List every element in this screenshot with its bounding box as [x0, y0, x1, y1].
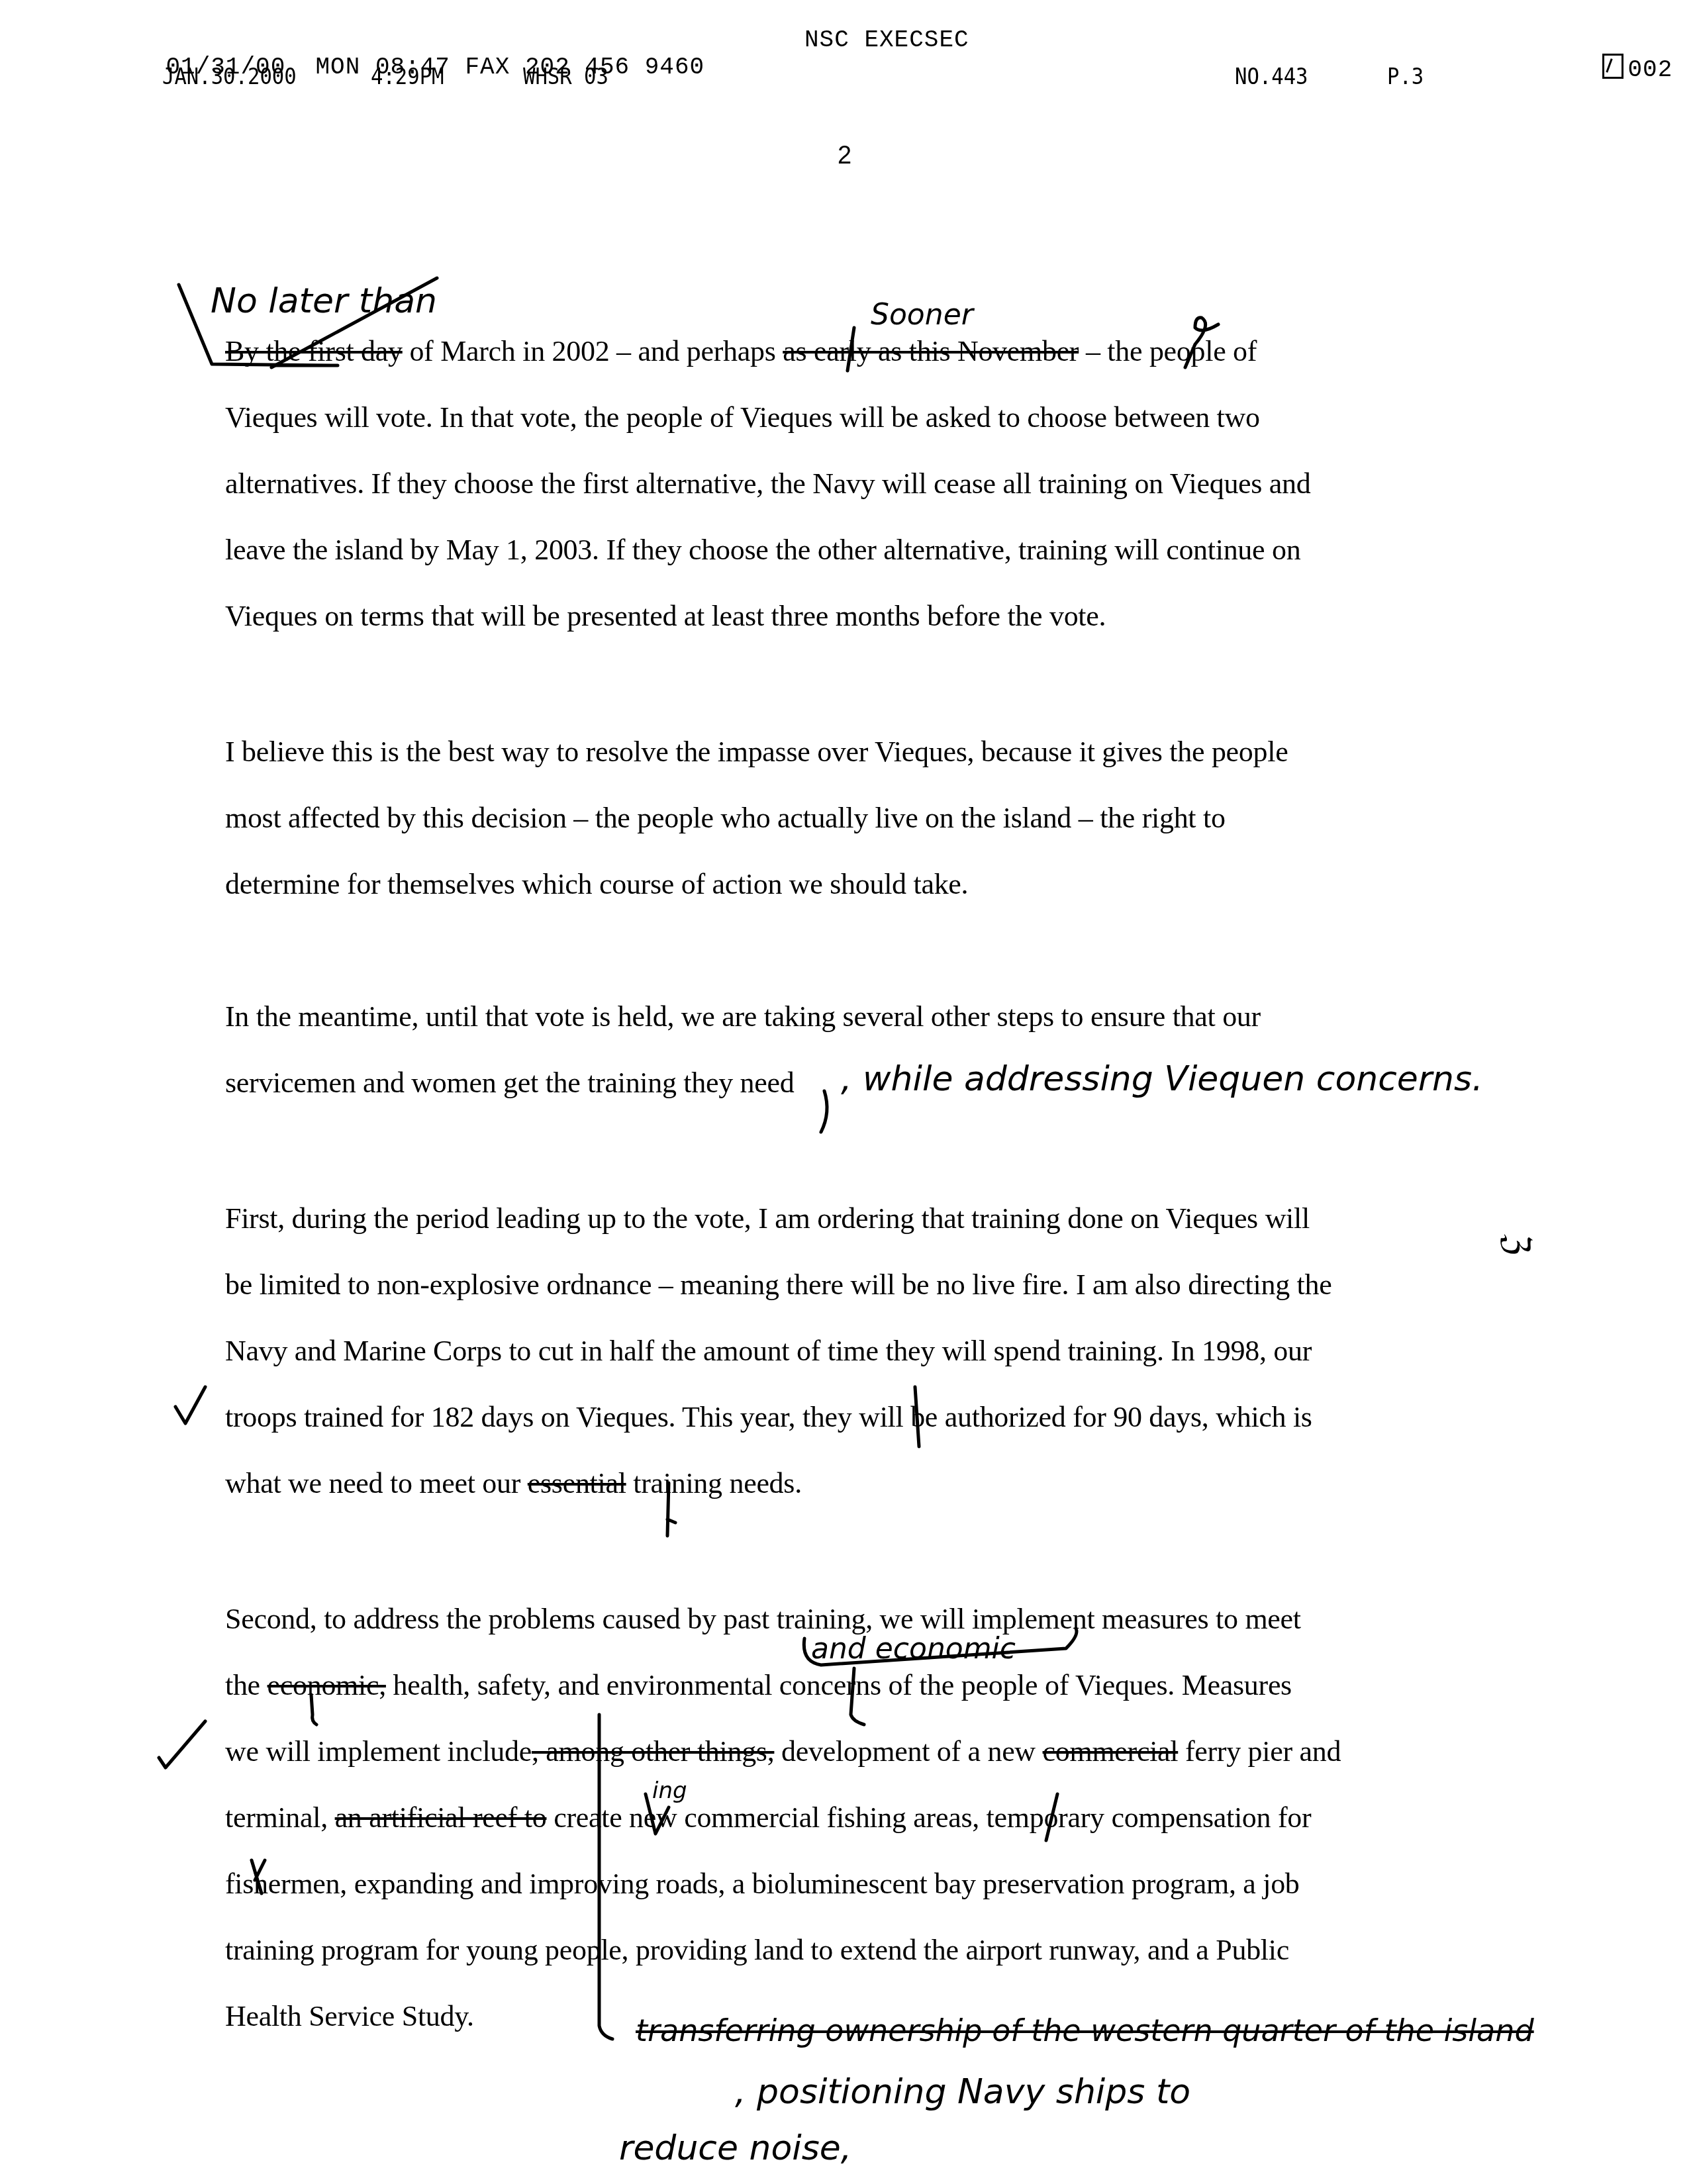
struck-text: essential: [528, 1467, 626, 1499]
page-number: 2: [838, 142, 851, 170]
paragraph-second-line-7: Health Service Study.: [225, 1999, 474, 2033]
paragraph-second-line-4: terminal, an artificial reef to create n…: [225, 1801, 1311, 1834]
paragraph-meantime-line-2: servicemen and women get the training th…: [225, 1066, 794, 1100]
paragraph-first-line-1: First, during the period leading up to t…: [225, 1202, 1310, 1235]
handwritten-insert-positioning: , positioning Navy ships to: [735, 2072, 1190, 2112]
paragraph-best-way-line-3: determine for themselves which course of…: [225, 867, 968, 901]
struck-text: an artificial reef to: [335, 1801, 547, 1834]
handwritten-insert-struck: transferring ownership of the western qu…: [636, 2013, 1534, 2048]
handwritten-and-economic: and economic: [811, 1632, 1016, 1666]
paragraph-vote-line-3: alternatives. If they choose the first a…: [225, 467, 1311, 500]
struck-text: as early as this November: [783, 335, 1079, 367]
check-mark-icon: [159, 1721, 205, 1768]
struck-text: , among other things,: [532, 1735, 774, 1768]
struck-text: economic,: [267, 1669, 386, 1701]
paragraph-second-line-2: the economic, health, safety, and enviro…: [225, 1668, 1292, 1702]
paragraph-vote-line-1: By the first day of March in 2002 – and …: [225, 334, 1257, 368]
struck-text: By the first day: [225, 335, 403, 367]
handwritten-ing: ing: [652, 1778, 687, 1804]
fax-page-counter: 002: [1543, 26, 1672, 111]
paragraph-first-line-5: what we need to meet our essential train…: [225, 1466, 802, 1500]
check-mark-icon: [175, 1387, 205, 1423]
insert-caret-icon: [821, 1091, 827, 1132]
paragraph-meantime-line-1: In the meantime, until that vote is held…: [225, 1000, 1261, 1033]
paragraph-vote-line-2: Vieques will vote. In that vote, the peo…: [225, 401, 1260, 434]
handwritten-while-addressing: , while addressing Viequen concerns.: [841, 1059, 1483, 1099]
handwritten-sooner: Sooner: [871, 298, 973, 332]
fax-sender: NSC EXECSEC: [804, 26, 969, 54]
handwritten-no-later-than: No later than: [211, 281, 437, 321]
paragraph-second-line-3: we will implement include, among other t…: [225, 1734, 1341, 1768]
paragraph-first-line-2: be limited to non-explosive ordnance – m…: [225, 1268, 1332, 1302]
struck-text: commercial: [1043, 1735, 1179, 1768]
paragraph-vote-line-4: leave the island by May 1, 2003. If they…: [225, 533, 1300, 567]
fax-page-counter-value: 002: [1627, 56, 1672, 83]
fax-received-date: JAN.30.2000: [162, 64, 297, 90]
paragraph-vote-line-5: Vieques on terms that will be presented …: [225, 599, 1106, 633]
paragraph-best-way-line-2: most affected by this decision – the peo…: [225, 801, 1226, 835]
fax-received-time: 4:29PM: [371, 64, 444, 90]
fax-document-page: 01/31/00 MON 08:47 FAX 202 456 9460 NSC …: [0, 0, 1695, 2184]
fax-page-indicator: P.3: [1387, 64, 1424, 90]
fax-transmission-number: NO.443: [1235, 64, 1308, 90]
paragraph-best-way-line-1: I believe this is the best way to resolv…: [225, 735, 1288, 769]
paragraph-second-line-1: Second, to address the problems caused b…: [225, 1602, 1301, 1636]
handwritten-insert-reduce-noise: reduce noise,: [619, 2128, 851, 2168]
page-box-icon: [1602, 54, 1623, 79]
paragraph-first-line-3: Navy and Marine Corps to cut in half the…: [225, 1334, 1312, 1368]
paragraph-first-line-4: troops trained for 182 days on Vieques. …: [225, 1400, 1312, 1434]
paragraph-second-line-6: training program for young people, provi…: [225, 1933, 1289, 1967]
paragraph-second-line-5: fishermen, expanding and improving roads…: [225, 1867, 1300, 1901]
margin-initials: ℨ: [1497, 1234, 1537, 1255]
fax-station: WHSR 03: [523, 64, 608, 90]
